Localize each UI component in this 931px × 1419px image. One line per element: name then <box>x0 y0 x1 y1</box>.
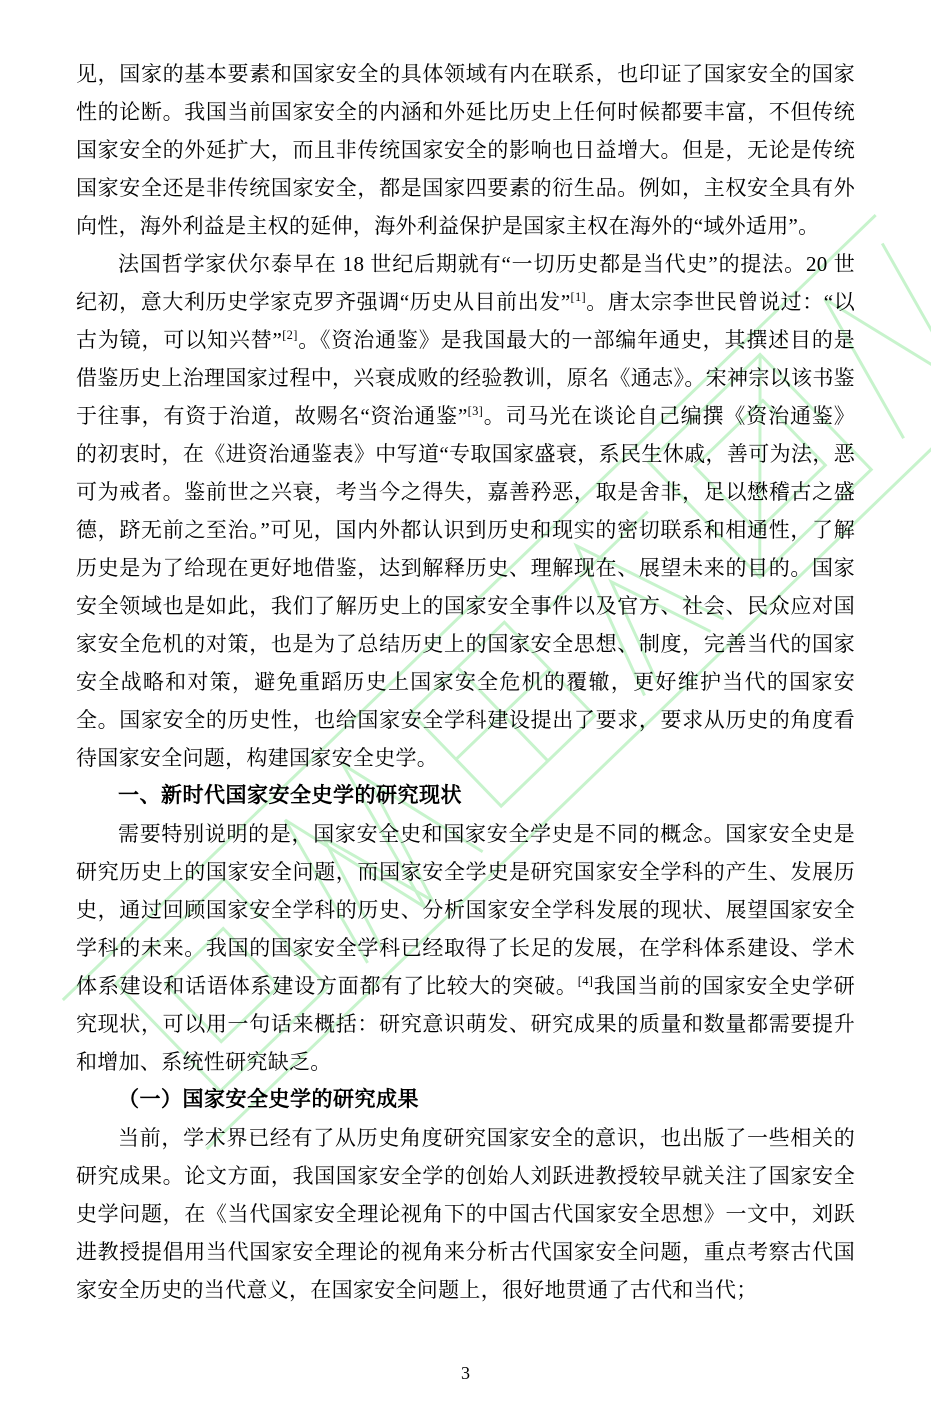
section-heading: （一）国家安全史学的研究成果 <box>76 1081 855 1119</box>
section-heading: 一、新时代国家安全史学的研究现状 <box>76 777 855 815</box>
footnote-reference: [4] <box>578 974 593 988</box>
paragraph: 法国哲学家伏尔泰早在 18 世纪后期就有“一切历史都是当代史”的提法。20 世纪… <box>76 245 855 777</box>
paragraph: 当前，学术界已经有了从历史角度研究国家安全的意识，也出版了一些相关的研究成果。论… <box>76 1119 855 1309</box>
footnote-reference: [3] <box>468 404 483 418</box>
footnote-reference: [1] <box>571 290 586 304</box>
paragraph: 见，国家的基本要素和国家安全的具体领域有内在联系，也印证了国家安全的国家性的论断… <box>76 55 855 245</box>
document-body: 见，国家的基本要素和国家安全的具体领域有内在联系，也印证了国家安全的国家性的论断… <box>76 55 855 1309</box>
footnote-reference: [2] <box>282 328 297 342</box>
page-number: 3 <box>0 1363 931 1384</box>
document-page: { "page": { "number": "3", "background_c… <box>0 0 931 1419</box>
paragraph: 需要特别说明的是，国家安全史和国家安全学史是不同的概念。国家安全史是研究历史上的… <box>76 815 855 1081</box>
